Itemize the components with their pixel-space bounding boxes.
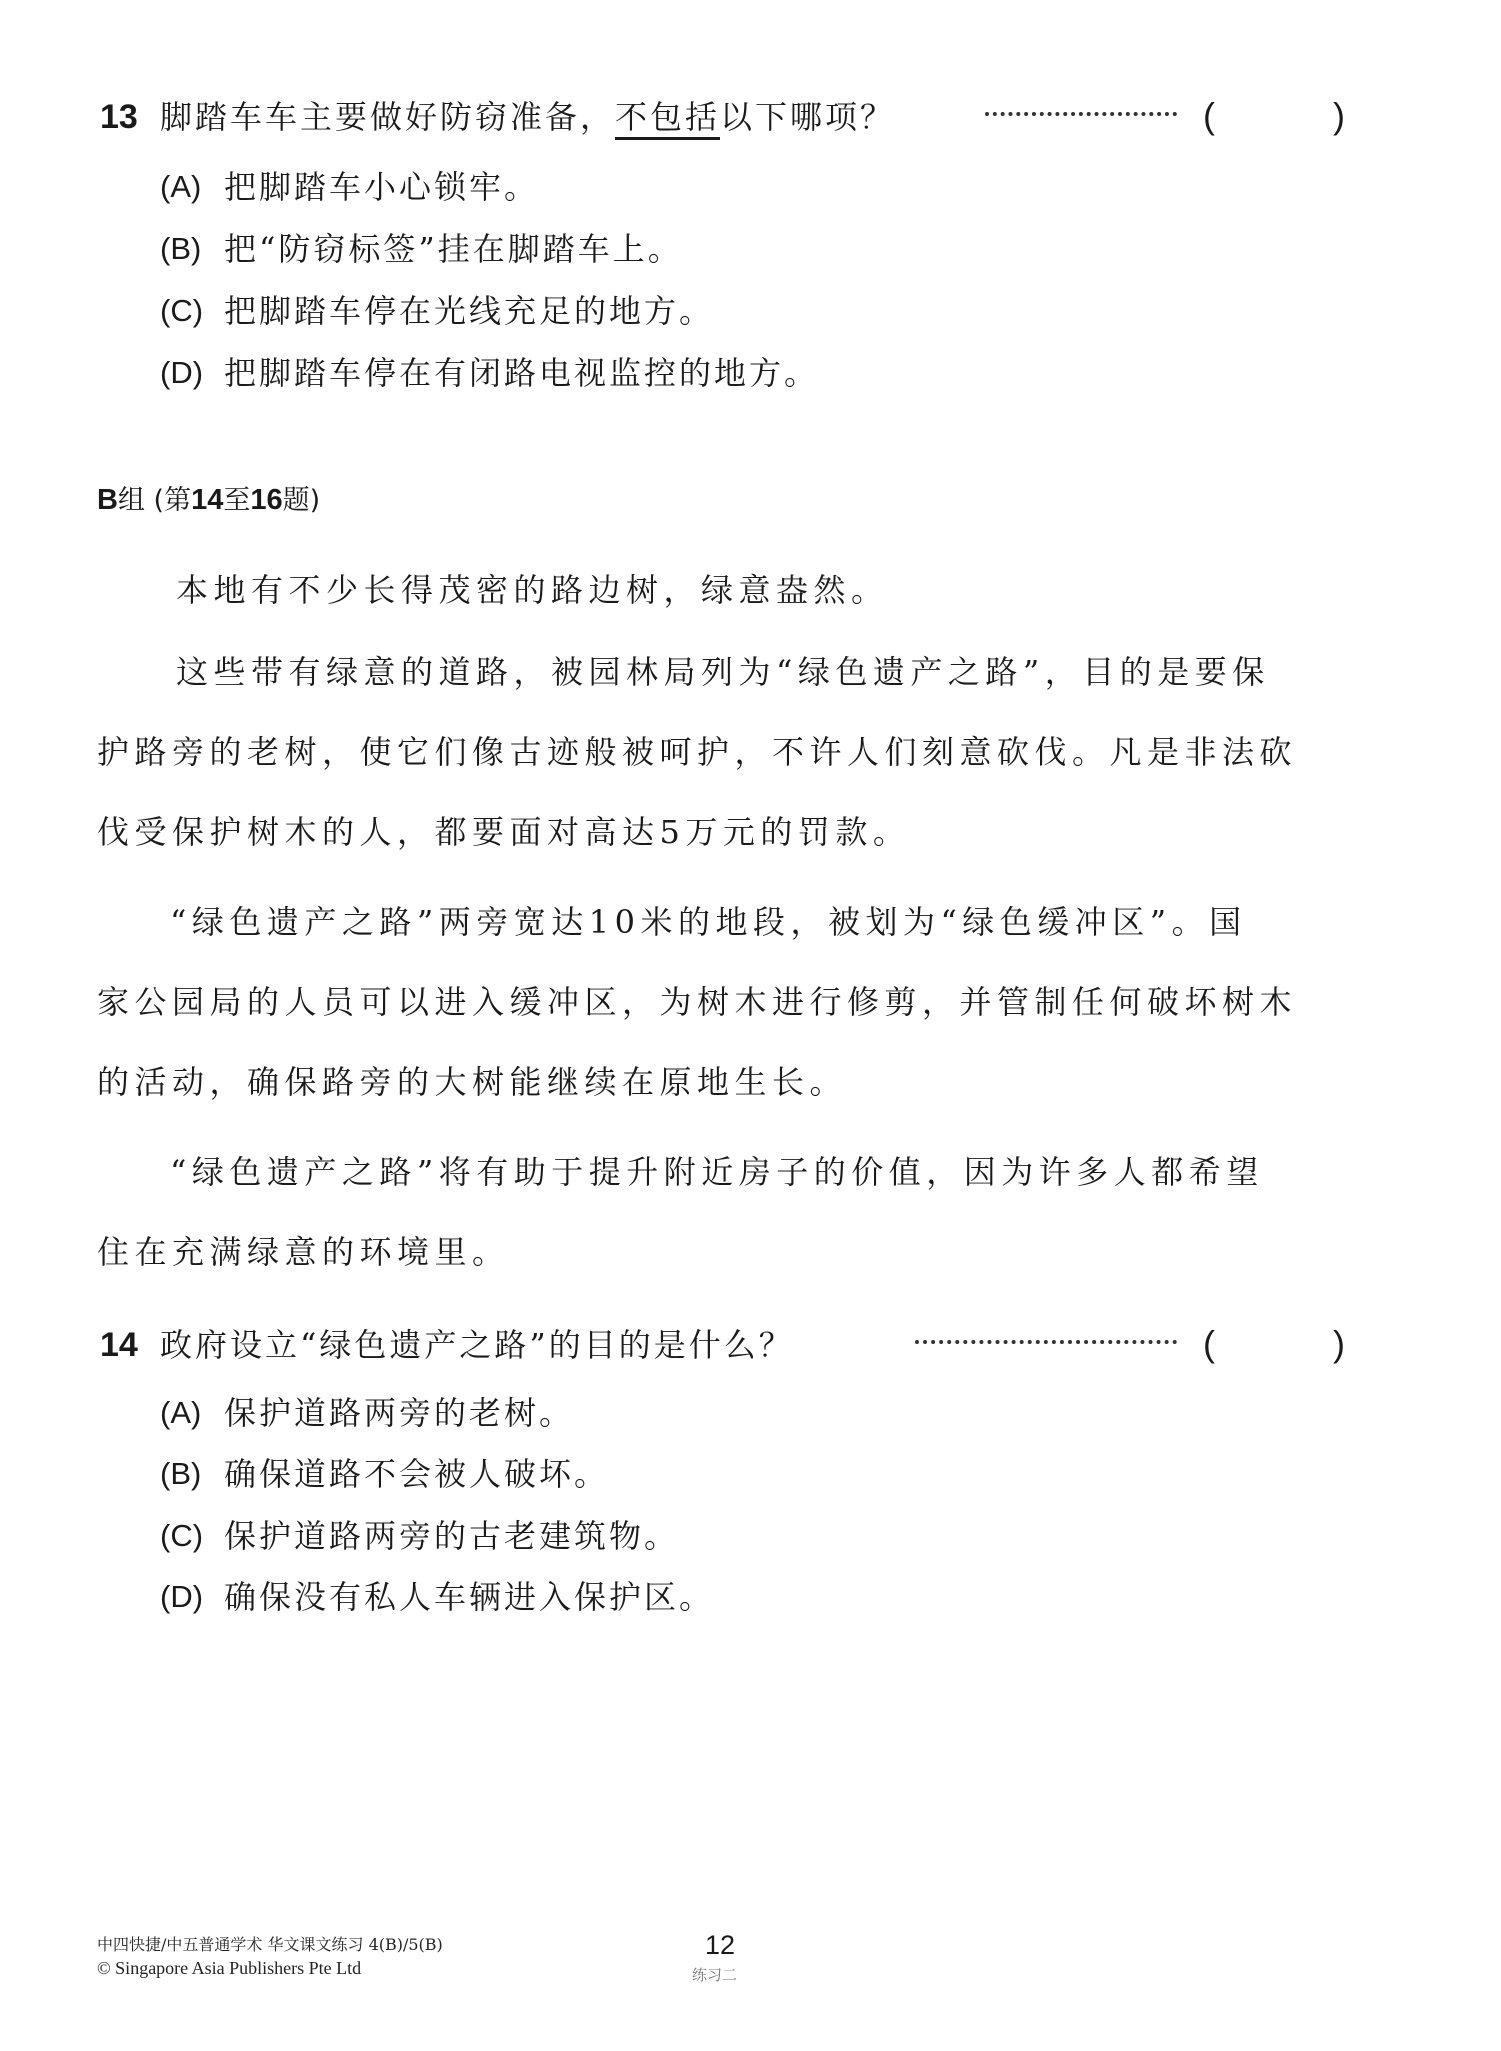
option-label: (D) xyxy=(160,1577,203,1617)
option-text: 把脚踏车小心锁牢。 xyxy=(224,167,539,207)
section-heading: B组 (第14至16题) xyxy=(97,482,320,519)
option-text: 保护道路两旁的古老建筑物。 xyxy=(224,1516,679,1556)
stem-before: 脚踏车车主要做好防窃准备， xyxy=(160,98,615,136)
option-text: 把脚踏车停在光线充足的地方。 xyxy=(224,291,714,331)
answer-bracket-open: ( xyxy=(1203,1324,1215,1364)
answer-blank[interactable] xyxy=(1222,1326,1327,1366)
stem-after: 以下哪项？ xyxy=(720,98,895,136)
exercise-label: 练习二 xyxy=(692,1964,737,1985)
zhi-label: 至 xyxy=(223,485,250,516)
question-number: 14 xyxy=(100,1325,138,1365)
passage-line: 住在充满绿意的环境里。 xyxy=(97,1232,510,1272)
option-text: 确保道路不会被人破坏。 xyxy=(224,1454,609,1494)
leader-dots xyxy=(985,112,1177,116)
passage-line: “绿色遗产之路”两旁宽达10米的地段，被划为“绿色缓冲区”。国 xyxy=(170,902,1247,942)
passage-line: “绿色遗产之路”将有助于提升附近房子的价值，因为许多人都希望 xyxy=(170,1152,1264,1192)
option-label: (C) xyxy=(160,1516,203,1556)
paren-open: ( xyxy=(145,485,164,516)
book-title: 中四快捷/中五普通学术 华文课文练习 4(B)/5(B) xyxy=(97,1934,443,1956)
option-label: (A) xyxy=(160,1393,201,1433)
answer-blank[interactable] xyxy=(1222,98,1327,138)
group-label: 组 xyxy=(118,485,145,516)
di-label: 第 xyxy=(164,485,191,516)
ti-label: 题 xyxy=(283,485,310,516)
passage-line: 护路旁的老树，使它们像古迹般被呵护，不许人们刻意砍伐。凡是非法砍 xyxy=(97,732,1297,772)
answer-bracket-close: ) xyxy=(1333,96,1345,136)
question-stem: 政府设立“绿色遗产之路”的目的是什么？ xyxy=(160,1325,794,1365)
passage-line: 家公园局的人员可以进入缓冲区，为树木进行修剪，并管制任何破坏树木 xyxy=(97,982,1297,1022)
option-text: 把“防窃标签”挂在脚踏车上。 xyxy=(224,229,683,269)
answer-bracket-close: ) xyxy=(1333,1324,1345,1364)
option-label: (A) xyxy=(160,167,201,207)
range-to: 16 xyxy=(250,484,282,516)
paren-close: ) xyxy=(310,485,321,516)
question-number: 13 xyxy=(100,97,138,137)
leader-dots xyxy=(915,1340,1177,1344)
option-text: 确保没有私人车辆进入保护区。 xyxy=(224,1577,714,1617)
option-text: 保护道路两旁的老树。 xyxy=(224,1393,574,1433)
option-text: 把脚踏车停在有闭路电视监控的地方。 xyxy=(224,353,819,393)
passage-line: 这些带有绿意的道路，被园林局列为“绿色遗产之路”，目的是要保 xyxy=(176,652,1270,692)
answer-bracket-open: ( xyxy=(1203,96,1215,136)
option-label: (C) xyxy=(160,291,203,331)
stem-emphasis-underlined: 不包括 xyxy=(615,98,720,140)
group-letter: B xyxy=(97,484,118,516)
option-label: (B) xyxy=(160,1454,201,1494)
passage-line: 本地有不少长得茂密的路边树，绿意盎然。 xyxy=(176,570,889,610)
option-label: (D) xyxy=(160,353,203,393)
option-label: (B) xyxy=(160,229,201,269)
range-from: 14 xyxy=(191,484,223,516)
copyright: © Singapore Asia Publishers Pte Ltd xyxy=(97,1957,361,1979)
page-number: 12 xyxy=(705,1930,735,1960)
question-stem: 脚踏车车主要做好防窃准备，不包括以下哪项？ xyxy=(160,97,895,137)
passage-line: 伐受保护树木的人，都要面对高达5万元的罚款。 xyxy=(97,812,910,852)
passage-line: 的活动，确保路旁的大树能继续在原地生长。 xyxy=(97,1062,847,1102)
